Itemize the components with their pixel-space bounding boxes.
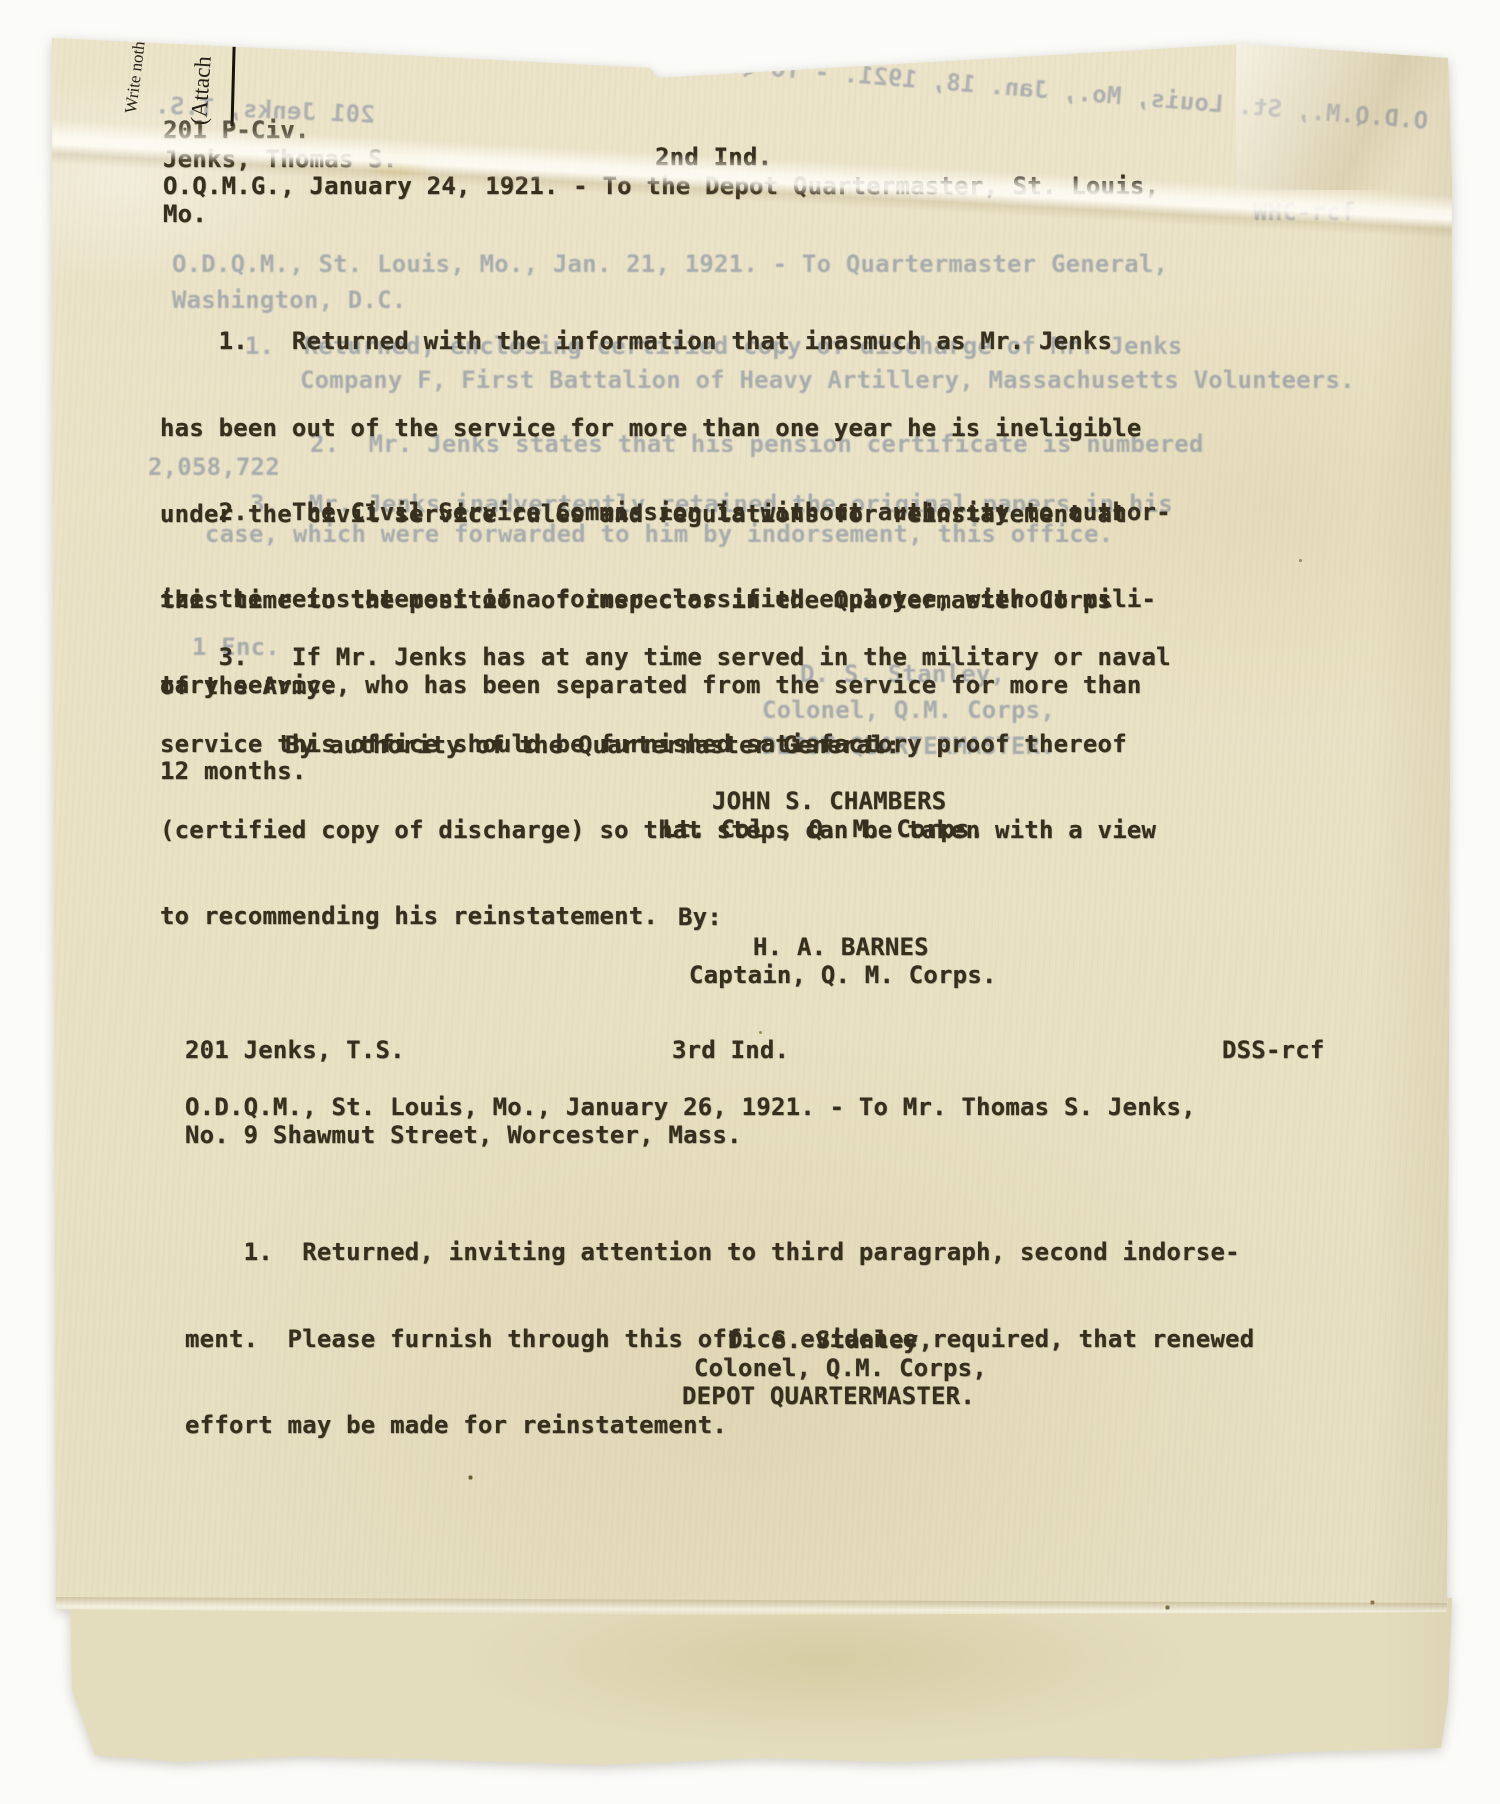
signer-title-stanley: Colonel, Q.M. Corps, xyxy=(694,1354,987,1383)
heading-2nd-line2: Mo. xyxy=(163,200,207,229)
signer-name-stanley: D. S. Stanley, xyxy=(728,1326,933,1355)
paragraph-3: 3. If Mr. Jenks has at any time served i… xyxy=(160,586,1171,988)
paper-stack: Washington, D.C. O.D.Q.M., St. Louis, Mo… xyxy=(0,0,1500,1804)
scanned-document-page: Washington, D.C. O.D.Q.M., St. Louis, Mo… xyxy=(0,0,1500,1804)
file-number-3rd: 201 Jenks, T.S. xyxy=(185,1036,405,1065)
file-number-2nd: 201 P-Civ. xyxy=(163,116,310,145)
authority-line: By authority of the Quartermaster Genera… xyxy=(285,731,900,760)
subject-name: Jenks, Thomas S. xyxy=(163,145,397,174)
letter-sheet: Washington, D.C. O.D.Q.M., St. Louis, Mo… xyxy=(0,0,1500,1804)
margin-write-nothing-note: Write nothin xyxy=(121,27,151,115)
paper-specks xyxy=(0,0,1,1)
bleed-through-line: Washington, D.C. xyxy=(289,18,525,59)
signer-title-chambers: Lt. Col., Q. M. Corps. xyxy=(662,815,984,844)
carbon-ghost-line: WHC-rcf xyxy=(1253,198,1356,227)
by-title-barnes: Captain, Q. M. Corps. xyxy=(689,961,997,990)
by-name-barnes: H. A. BARNES xyxy=(753,933,929,962)
paragraph-3rd-1: 1. Returned, inviting attention to third… xyxy=(185,1181,1254,1497)
heading-3rd-line2: No. 9 Shawmut Street, Worcester, Mass. xyxy=(185,1121,742,1150)
indorsement-label-2nd: 2nd Ind. xyxy=(655,143,772,172)
by-label: By: xyxy=(678,903,722,932)
signer-name-chambers: JOHN S. CHAMBERS xyxy=(712,787,946,816)
indorsement-label-3rd: 3rd Ind. xyxy=(672,1036,789,1065)
heading-2nd-line1: O.Q.M.G., January 24, 1921. - To the Dep… xyxy=(163,172,1159,201)
reference-initials: DSS-rcf xyxy=(1222,1036,1325,1065)
signer-office-stanley: DEPOT QUARTERMASTER. xyxy=(682,1382,975,1411)
heading-3rd-line1: O.D.Q.M., St. Louis, Mo., January 26, 19… xyxy=(185,1093,1196,1122)
